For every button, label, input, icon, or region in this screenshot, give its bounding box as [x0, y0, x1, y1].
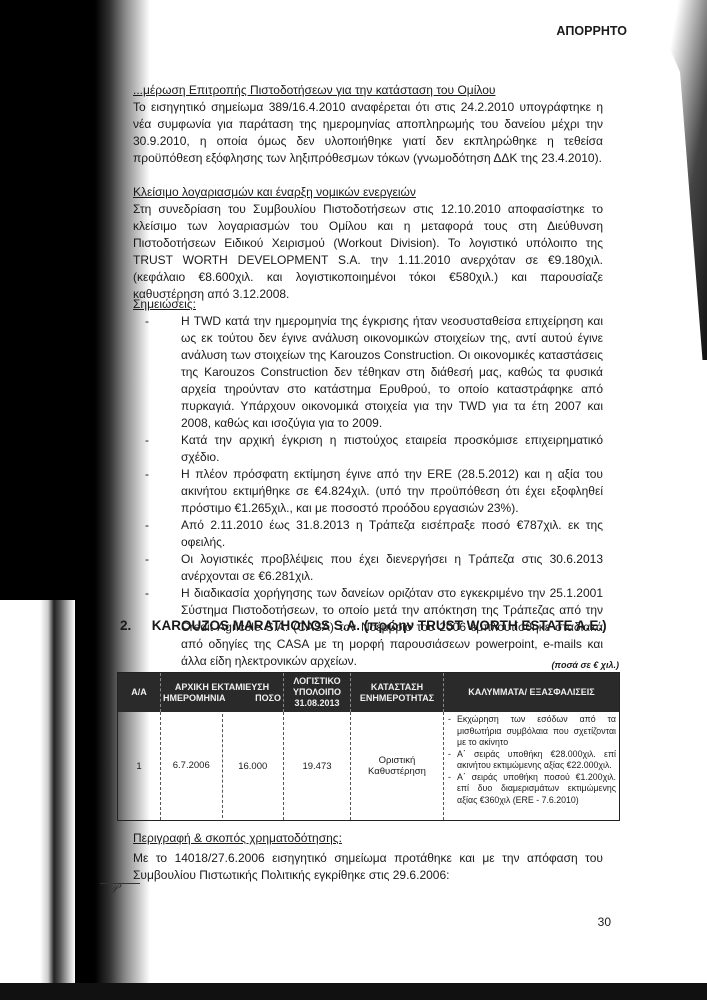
header-initial-disbursement: ΑΡΧΙΚΗ ΕΚΤΑΜΙΕΥΣΗ ΗΜΕΡΟΜΗΝΙΑ ΠΟΣΟ	[161, 673, 284, 713]
collateral-item: Α΄ σειράς υποθήκη ποσού €1.200χιλ. επί δ…	[447, 772, 616, 807]
committee-update-text: Το εισηγητικό σημείωμα 389/16.4.2010 ανα…	[133, 99, 603, 167]
section-number: 2.	[120, 618, 148, 633]
financing-purpose-heading: Περιγραφή & σκοπός χρηματοδότησης:	[133, 830, 603, 847]
cell-aa: 1	[118, 712, 161, 821]
account-closure-heading: Κλείσιμο λογαριασμών και έναρξη νομικών …	[133, 184, 603, 201]
note-item: Από 2.11.2010 έως 31.8.2013 η Τράπεζα ει…	[133, 517, 603, 551]
cell-date: 6.7.2006	[161, 714, 223, 818]
section-title: KAROUZOS MARATHONOS S.A. (πρώην TRUST WO…	[152, 618, 607, 633]
collateral-list: Εκχώρηση των εσόδων από τα μισθωτήρια συ…	[447, 714, 616, 806]
collateral-item: Α΄ σειράς υποθήκη €28.000χιλ. επί ακινήτ…	[447, 749, 616, 772]
cell-collateral: Εκχώρηση των εσόδων από τα μισθωτήρια συ…	[444, 712, 620, 821]
note-item: Οι λογιστικές προβλέψεις που έχει διενερ…	[133, 551, 603, 585]
note-item: Κατά την αρχική έγκριση η πιστούχος εται…	[133, 432, 603, 466]
financing-purpose-text: Με το 14018/27.6.2006 εισηγητικό σημείωμ…	[133, 850, 603, 884]
header-aa: Α/Α	[118, 673, 161, 713]
scan-margin	[0, 600, 40, 1000]
note-item: Η TWD κατά την ημερομηνία της έγκρισης ή…	[133, 313, 603, 432]
cell-status: Οριστική Καθυστέρηση	[351, 712, 444, 821]
cell-disbursement: 6.7.2006 16.000	[161, 712, 284, 821]
scan-shadow-bottom	[0, 983, 707, 1000]
table-row: 1 6.7.2006 16.000 19.473 Οριστική Καθυστ…	[118, 712, 620, 821]
table-header-row: Α/Α ΑΡΧΙΚΗ ΕΚΤΑΜΙΕΥΣΗ ΗΜΕΡΟΜΗΝΙΑ ΠΟΣΟ ΛΟ…	[118, 673, 620, 713]
notes-section: Σημειώσεις: Η TWD κατά την ημερομηνία τη…	[133, 296, 603, 670]
header-date: ΗΜΕΡΟΜΗΝΙΑ	[163, 693, 226, 704]
signature-mark: 𝒫	[108, 880, 118, 897]
scan-shadow-binding	[40, 600, 75, 985]
signature-line	[100, 883, 140, 884]
committee-update-section: ...μέρωση Επιτροπής Πιστοδοτήσεων για τη…	[133, 82, 603, 167]
account-closure-section: Κλείσιμο λογαριασμών και έναρξη νομικών …	[133, 184, 603, 303]
header-initial-disbursement-label: ΑΡΧΙΚΗ ΕΚΤΑΜΙΕΥΣΗ	[163, 682, 281, 693]
page-number: 30	[598, 915, 611, 929]
cell-amount: 16.000	[223, 761, 284, 772]
account-closure-text: Στη συνεδρίαση του Συμβουλίου Πιστοδοτήσ…	[133, 201, 603, 303]
header-amount: ΠΟΣΟ	[255, 693, 281, 704]
notes-list: Η TWD κατά την ημερομηνία της έγκρισης ή…	[133, 313, 603, 670]
cell-balance: 19.473	[284, 712, 351, 821]
committee-update-heading: ...μέρωση Επιτροπής Πιστοδοτήσεων για τη…	[133, 82, 603, 99]
scan-shadow-right	[617, 0, 707, 360]
note-item: Η πλέον πρόσφατη εκτίμηση έγινε από την …	[133, 466, 603, 517]
header-balance: ΛΟΓΙΣΤΙΚΟ ΥΠΟΛΟΙΠΟ 31.08.2013	[284, 673, 351, 713]
notes-heading: Σημειώσεις:	[133, 296, 603, 313]
header-status: ΚΑΤΑΣΤΑΣΗ ΕΝΗΜΕΡΟΤΗΤΑΣ	[351, 673, 444, 713]
section-2-heading: 2. KAROUZOS MARATHONOS S.A. (πρώην TRUST…	[120, 618, 607, 633]
units-note: (ποσά σε € χιλ.)	[552, 660, 619, 670]
collateral-item: Εκχώρηση των εσόδων από τα μισθωτήρια συ…	[447, 714, 616, 749]
loan-table: Α/Α ΑΡΧΙΚΗ ΕΚΤΑΜΙΕΥΣΗ ΗΜΕΡΟΜΗΝΙΑ ΠΟΣΟ ΛΟ…	[117, 672, 620, 821]
classification-label: ΑΠΟΡΡΗΤΟ	[556, 24, 627, 38]
financing-purpose-section: Περιγραφή & σκοπός χρηματοδότησης: Με το…	[133, 830, 603, 884]
header-collateral: ΚΑΛΥΜΜΑΤΑ/ ΕΞΑΣΦΑΛΙΣΕΙΣ	[444, 673, 620, 713]
